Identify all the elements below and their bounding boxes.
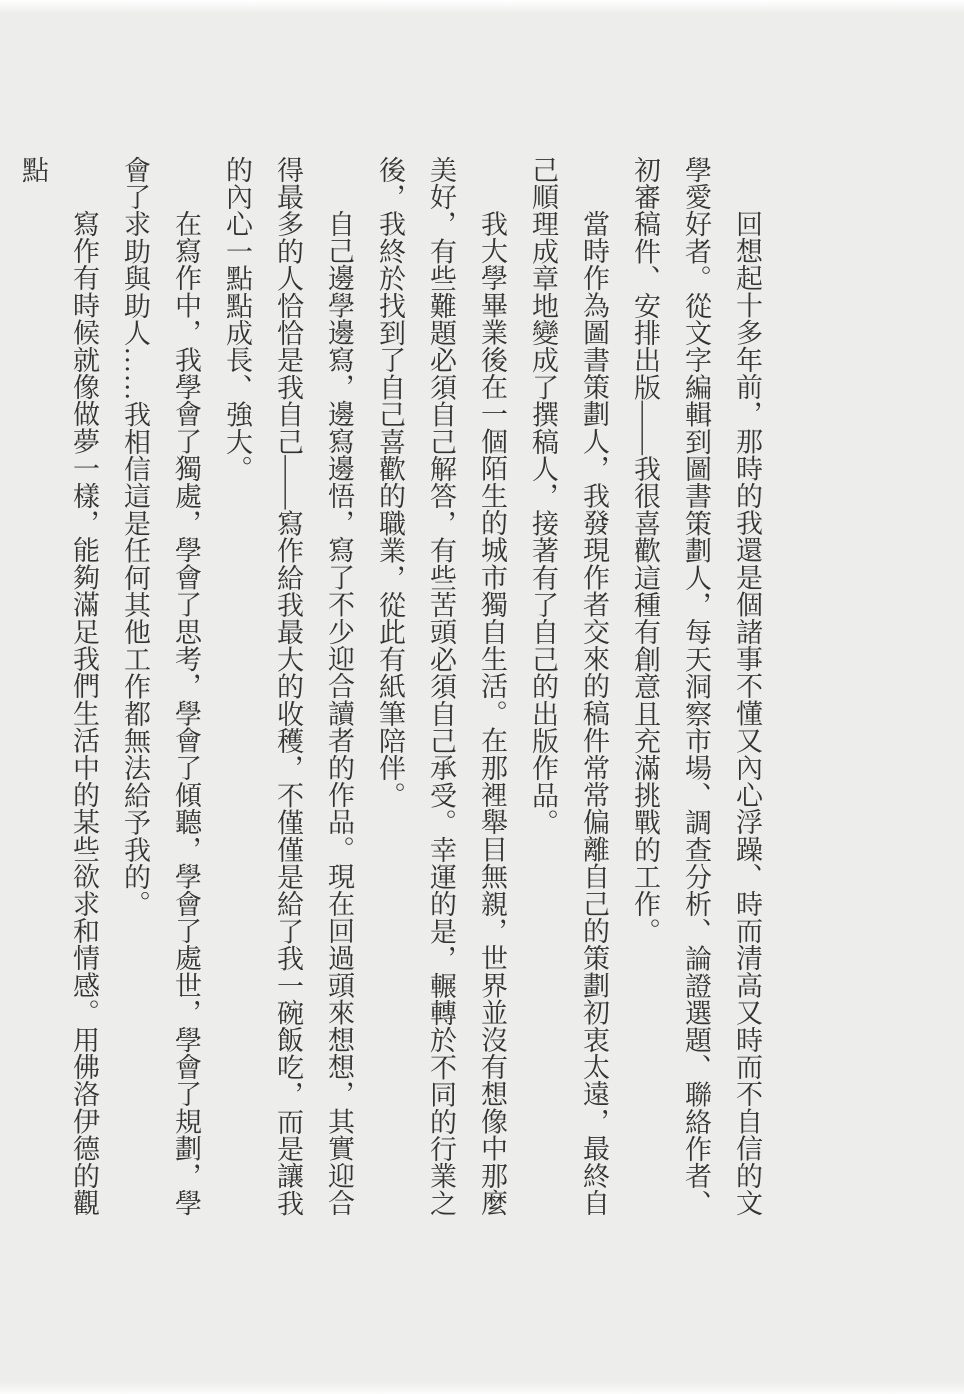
paragraph: 我大學畢業後在一個陌生的城市獨自生活。在那裡舉目無親，世界並沒有想像中那麼美好，… [364, 156, 517, 1240]
paragraph: 寫作有時候就像做夢一樣，能夠滿足我們生活中的某些欲求和情感。用佛洛伊德的觀點 [7, 156, 109, 1240]
paragraph: 當時作為圖書策劃人，我發現作者交來的稿件常常偏離自己的策劃初衷太遠，最終自己順理… [517, 156, 619, 1240]
paragraph: 回想起十多年前，那時的我還是個諸事不懂又內心浮躁、時而清高又時而不自信的文學愛好… [619, 156, 772, 1240]
vertical-text-block: 回想起十多年前，那時的我還是個諸事不懂又內心浮躁、時而清高又時而不自信的文學愛好… [7, 156, 772, 1240]
paragraph: 自己邊學邊寫，邊寫邊悟，寫了不少迎合讀者的作品。現在回過頭來想想，其實迎合得最多… [211, 156, 364, 1240]
book-page: 回想起十多年前，那時的我還是個諸事不懂又內心浮躁、時而清高又時而不自信的文學愛好… [0, 0, 964, 1394]
scan-edge-top [0, 0, 964, 14]
paragraph: 在寫作中，我學會了獨處，學會了思考，學會了傾聽，學會了處世，學會了規劃，學會了求… [109, 156, 211, 1240]
scan-edge-bottom [0, 1382, 964, 1394]
